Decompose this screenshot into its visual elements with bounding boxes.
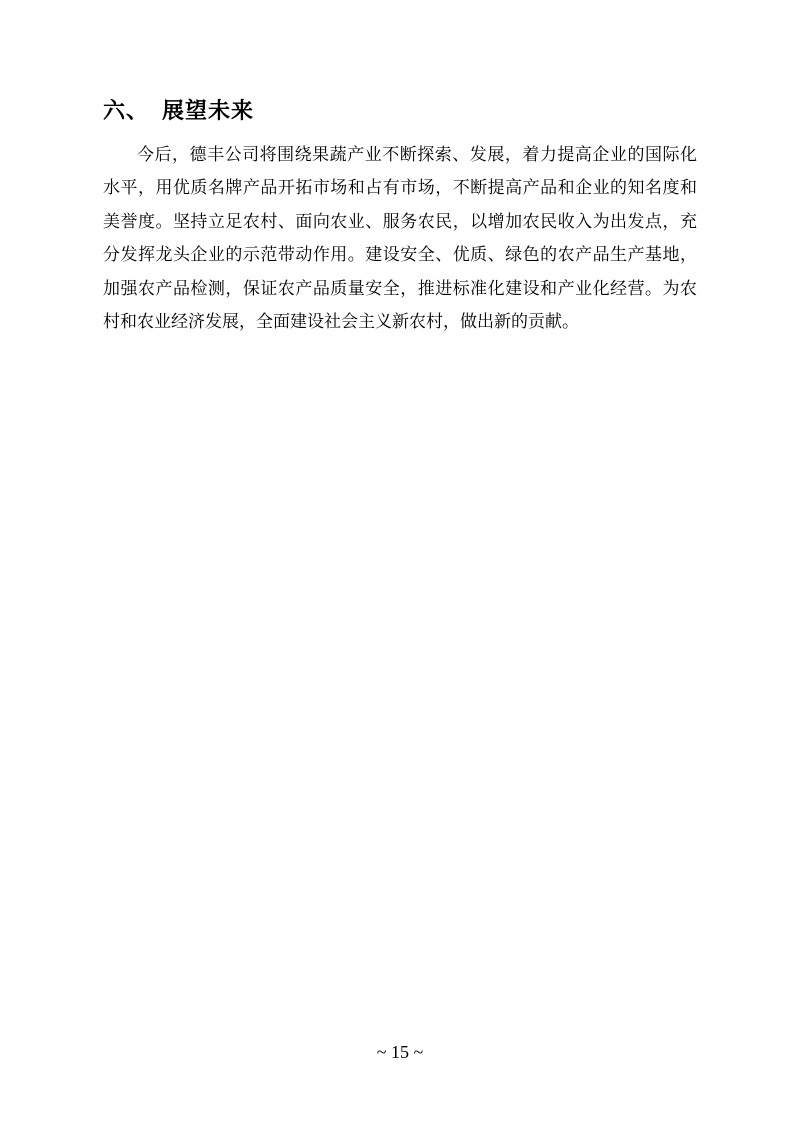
document-page: 六、展望未来 今后，德丰公司将围绕果蔬产业不断探索、发展，着力提高企业的国际化水… (0, 0, 800, 1131)
section-number: 六、 (103, 98, 149, 123)
page-footer: ~ 15 ~ (0, 1040, 800, 1064)
section-heading: 六、展望未来 (103, 97, 697, 125)
body-paragraph: 今后，德丰公司将围绕果蔬产业不断探索、发展，着力提高企业的国际化水平，用优质名牌… (103, 138, 697, 338)
page-number: ~ 15 ~ (377, 1042, 423, 1062)
section-title: 展望未来 (162, 98, 254, 123)
page-content: 六、展望未来 今后，德丰公司将围绕果蔬产业不断探索、发展，着力提高企业的国际化水… (103, 97, 697, 338)
